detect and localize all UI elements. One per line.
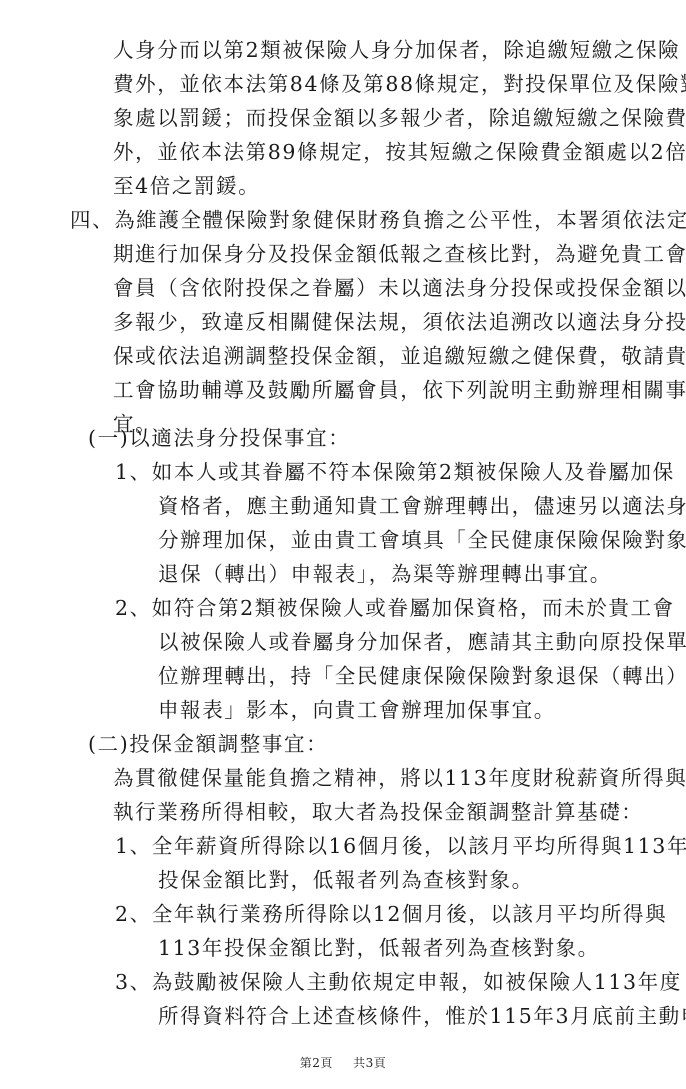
text-line: (一)以適法身分投保事宜： [88,424,350,452]
text-line: 所得資料符合上述查核條件，惟於115年3月底前主動申 [158,1002,686,1030]
text-line: 2、全年執行業務所得除以12個月後，以該月平均所得與 [115,900,667,928]
text-line: 費外，並依本法第84條及第88條規定，對投保單位及保險對 [113,70,686,98]
text-line: 期進行加保身分及投保金額低報之查核比對，為避免貴工會 [113,240,686,268]
text-line: 退保（轉出）申報表」，為渠等辦理轉出事宜。 [158,560,612,588]
page-total: 共3頁 [353,1056,386,1070]
text-line: 人身分而以第2類被保險人身分加保者，除追繳短繳之保險 [113,36,680,64]
text-line: 保或依法追溯調整投保金額，並追繳短繳之健保費，敬請貴 [113,342,686,370]
text-line: 以被保險人或眷屬身分加保者，應請其主動向原投保單 [158,628,686,656]
text-line: 象處以罰鍰；而投保金額以多報少者，除追繳短繳之保險費 [113,104,686,132]
text-line: (二)投保金額調整事宜： [88,730,328,758]
text-line: 申報表」影本，向貴工會辦理加保事宜。 [158,696,556,724]
text-line: 工會協助輔導及鼓勵所屬會員，依下列說明主動辦理相關事 [113,376,686,404]
text-line: 至4倍之罰鍰。 [113,172,260,200]
text-line: 執行業務所得相較，取大者為投保金額調整計算基礎： [113,798,643,826]
text-line: 多報少，致違反相關健保法規，須依法追溯改以適法身分投 [113,308,686,336]
text-line: 1、如本人或其眷屬不符本保險第2類被保險人及眷屬加保 [115,458,675,486]
text-line: 外，並依本法第89條規定，按其短繳之保險費金額處以2倍 [113,138,686,166]
page-number: 第2頁 [300,1056,333,1070]
text-line: 分辦理加保，並由貴工會填具「全民健康保險保險對象 [158,526,686,554]
text-line: 資格者，應主動通知貴工會辦理轉出，儘速另以適法身 [158,492,686,520]
text-line: 為貫徹健保量能負擔之精神，將以113年度財稅薪資所得與 [113,764,686,792]
text-line: 113年投保金額比對，低報者列為查核對象。 [158,934,600,962]
text-line: 會員（含依附投保之眷屬）未以適法身分投保或投保金額以 [113,274,686,302]
text-line: 2、如符合第2類被保險人或眷屬加保資格，而未於貴工會 [115,594,675,622]
text-line: 1、全年薪資所得除以16個月後，以該月平均所得與113年 [115,832,686,860]
page-footer: 第2頁 共3頁 [0,1054,686,1071]
text-line: 3、為鼓勵被保險人主動依規定申報，如被保險人113年度 [115,968,682,996]
text-line: 四、為維護全體保險對象健保財務負擔之公平性，本署須依法定 [70,206,686,234]
text-line: 位辦理轉出，持「全民健康保險保險對象退保（轉出） [158,662,686,690]
text-line: 投保金額比對，低報者列為查核對象。 [158,866,534,894]
